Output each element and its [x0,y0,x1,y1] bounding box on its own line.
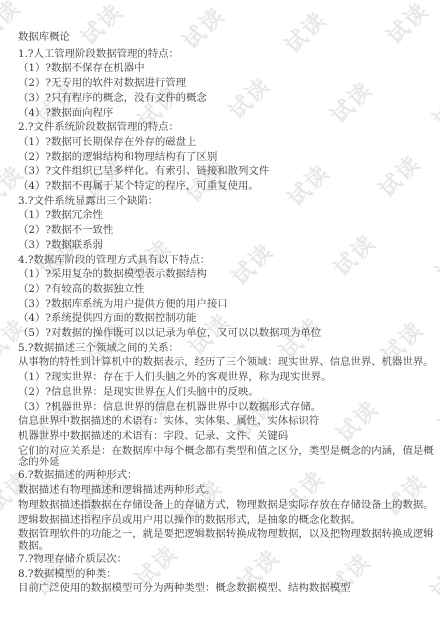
text-line: 从事物的特性到计算机中的数据表示，经历了三个领域：现实世界、信息世界、机器世界。 [18,357,436,369]
paragraph: （2）?信息世界：是现实世界在人们头脑中的反映。 [18,387,436,399]
text-line: （2）?信息世界：是现实世界在人们头脑中的反映。 [18,387,436,399]
paragraph: 3.?文件系统显露出三个缺陷： [18,196,436,208]
paragraph: 机器世界中数据描述的术语有：字段、记录、文件、关键码 [18,431,436,443]
text-line: 6.?数据描述的两种形式： [18,470,436,482]
document-content: 数据库概论 1.?人工管理阶段数据管理的特点：（1）?数据不保存在机器中（2）?… [18,32,436,598]
paragraph: （2）?有较高的数据独立性 [18,284,436,296]
paragraph: 信息世界中数据描述的术语有：实体、实体集、属性、实体标识符 [18,416,436,428]
text-line: 它们的对应关系是：在数据库中每个概念都有类型和值之区分，类型是概念的内涵，值是概 [18,446,436,458]
paragraph: 目前广泛使用的数据模型可分为两种类型：概念数据模型、结构数据模型 [18,583,436,595]
paragraph: （3）?数据库系统为用户提供方便的用户接口 [18,299,436,311]
paragraph: 从事物的特性到计算机中的数据表示，经历了三个领域：现实世界、信息世界、机器世界。 [18,357,436,369]
paragraph: 7.?物理存储介质层次： [18,554,436,566]
paragraph: 6.?数据描述的两种形式： [18,470,436,482]
paragraph: （1）?数据可长期保存在外存的磁盘上 [18,137,436,149]
text-line: （1）?采用复杂的数据模型表示数据结构 [18,269,436,281]
paragraph: （2）?无专用的软件对数据进行管理 [18,78,436,90]
paragraph: 5.?数据描述三个领域之间的关系： [18,343,436,355]
text-line: （2）?有较高的数据独立性 [18,284,436,296]
text-line: （4）?系统提供四方面的数据控制功能 [18,313,436,325]
text-line: （4）?数据不再属于某个特定的程序，可重复使用。 [18,181,436,193]
text-line: 数据。 [18,541,436,552]
text-line: 物理数据描述指数据在存储设备上的存储方式，物理数据是实际存放在存储设备上的数据。 [18,500,436,512]
text-line: 信息世界中数据描述的术语有：实体、实体集、属性、实体标识符 [18,416,436,428]
text-line: 7.?物理存储介质层次： [18,554,436,566]
paragraph: （4）?系统提供四方面的数据控制功能 [18,313,436,325]
text-line: （1）?数据可长期保存在外存的磁盘上 [18,137,436,149]
text-line: 念的外延 [18,457,436,468]
text-line: （1）?现实世界：存在于人们头脑之外的客观世界，称为现实世界。 [18,372,436,384]
text-line: （2）?数据不一致性 [18,225,436,237]
text-line: （5）?对数据的操作既可以以记录为单位，又可以以数据项为单位 [18,328,436,340]
paragraph: 8.?数据模型的种类： [18,569,436,581]
text-line: （3）?数据联系弱 [18,240,436,252]
paragraph: （1）?采用复杂的数据模型表示数据结构 [18,269,436,281]
text-line: 机器世界中数据描述的术语有：字段、记录、文件、关键码 [18,431,436,443]
text-line: 8.?数据模型的种类： [18,569,436,581]
text-line: 2.?文件系统阶段数据管理的特点： [18,122,436,134]
text-line: （2）?无专用的软件对数据进行管理 [18,78,436,90]
paragraph: （1）?数据冗余性 [18,210,436,222]
paragraph-list: 1.?人工管理阶段数据管理的特点：（1）?数据不保存在机器中（2）?无专用的软件… [18,49,436,595]
paragraph: （2）?数据的逻辑结构和物理结构有了区别 [18,152,436,164]
text-line: 目前广泛使用的数据模型可分为两种类型：概念数据模型、结构数据模型 [18,583,436,595]
text-line: 数据描述有物理描述和逻辑描述两种形式。 [18,485,436,497]
paragraph: （3）?机器世界：信息世界的信息在机器世界中以数据形式存储。 [18,402,436,414]
text-line: （3）?数据库系统为用户提供方便的用户接口 [18,299,436,311]
paragraph: （3）?数据联系弱 [18,240,436,252]
paragraph: （3）?文件组织已呈多样化。有索引、链接和散列文件 [18,166,436,178]
text-line: （3）?文件组织已呈多样化。有索引、链接和散列文件 [18,166,436,178]
text-line: 逻辑数据描述指程序员或用户用以操作的数据形式，是抽象的概念化数据。 [18,515,436,527]
text-line: 1.?人工管理阶段数据管理的特点： [18,49,436,61]
text-line: （1）?数据冗余性 [18,210,436,222]
paragraph: 2.?文件系统阶段数据管理的特点： [18,122,436,134]
text-line: 4.?数据库阶段的管理方式具有以下特点： [18,255,436,267]
text-line: （2）?数据的逻辑结构和物理结构有了区别 [18,152,436,164]
text-line: 5.?数据描述三个领域之间的关系： [18,343,436,355]
text-line: （3）?机器世界：信息世界的信息在机器世界中以数据形式存储。 [18,402,436,414]
paragraph: （4）?数据面向程序 [18,108,436,120]
paragraph: （3）?只有程序的概念，没有文件的概念 [18,93,436,105]
text-line: （4）?数据面向程序 [18,108,436,120]
paragraph: 数据描述有物理描述和逻辑描述两种形式。 [18,485,436,497]
text-line: （1）?数据不保存在机器中 [18,63,436,75]
paragraph: （1）?数据不保存在机器中 [18,63,436,75]
paragraph: 物理数据描述指数据在存储设备上的存储方式，物理数据是实际存放在存储设备上的数据。 [18,500,436,512]
paragraph: （4）?数据不再属于某个特定的程序，可重复使用。 [18,181,436,193]
document-page: 试读试读试读试读试读试读试读试读试读试读试读试读试读试读试读试读试读试读试读试读… [0,0,440,620]
paragraph: 它们的对应关系是：在数据库中每个概念都有类型和值之区分，类型是概念的内涵，值是概… [18,446,436,469]
text-line: 数据管理软件的功能之一，就是要把逻辑数据转换成物理数据，以及把物理数据转换成逻辑 [18,529,436,541]
paragraph: 逻辑数据描述指程序员或用户用以操作的数据形式，是抽象的概念化数据。 [18,515,436,527]
text-line: 3.?文件系统显露出三个缺陷： [18,196,436,208]
paragraph: （5）?对数据的操作既可以以记录为单位，又可以以数据项为单位 [18,328,436,340]
paragraph: 1.?人工管理阶段数据管理的特点： [18,49,436,61]
paragraph: （1）?现实世界：存在于人们头脑之外的客观世界，称为现实世界。 [18,372,436,384]
text-line: （3）?只有程序的概念，没有文件的概念 [18,93,436,105]
paragraph: （2）?数据不一致性 [18,225,436,237]
paragraph: 4.?数据库阶段的管理方式具有以下特点： [18,255,436,267]
paragraph: 数据管理软件的功能之一，就是要把逻辑数据转换成物理数据，以及把物理数据转换成逻辑… [18,529,436,552]
document-title: 数据库概论 [18,32,436,44]
